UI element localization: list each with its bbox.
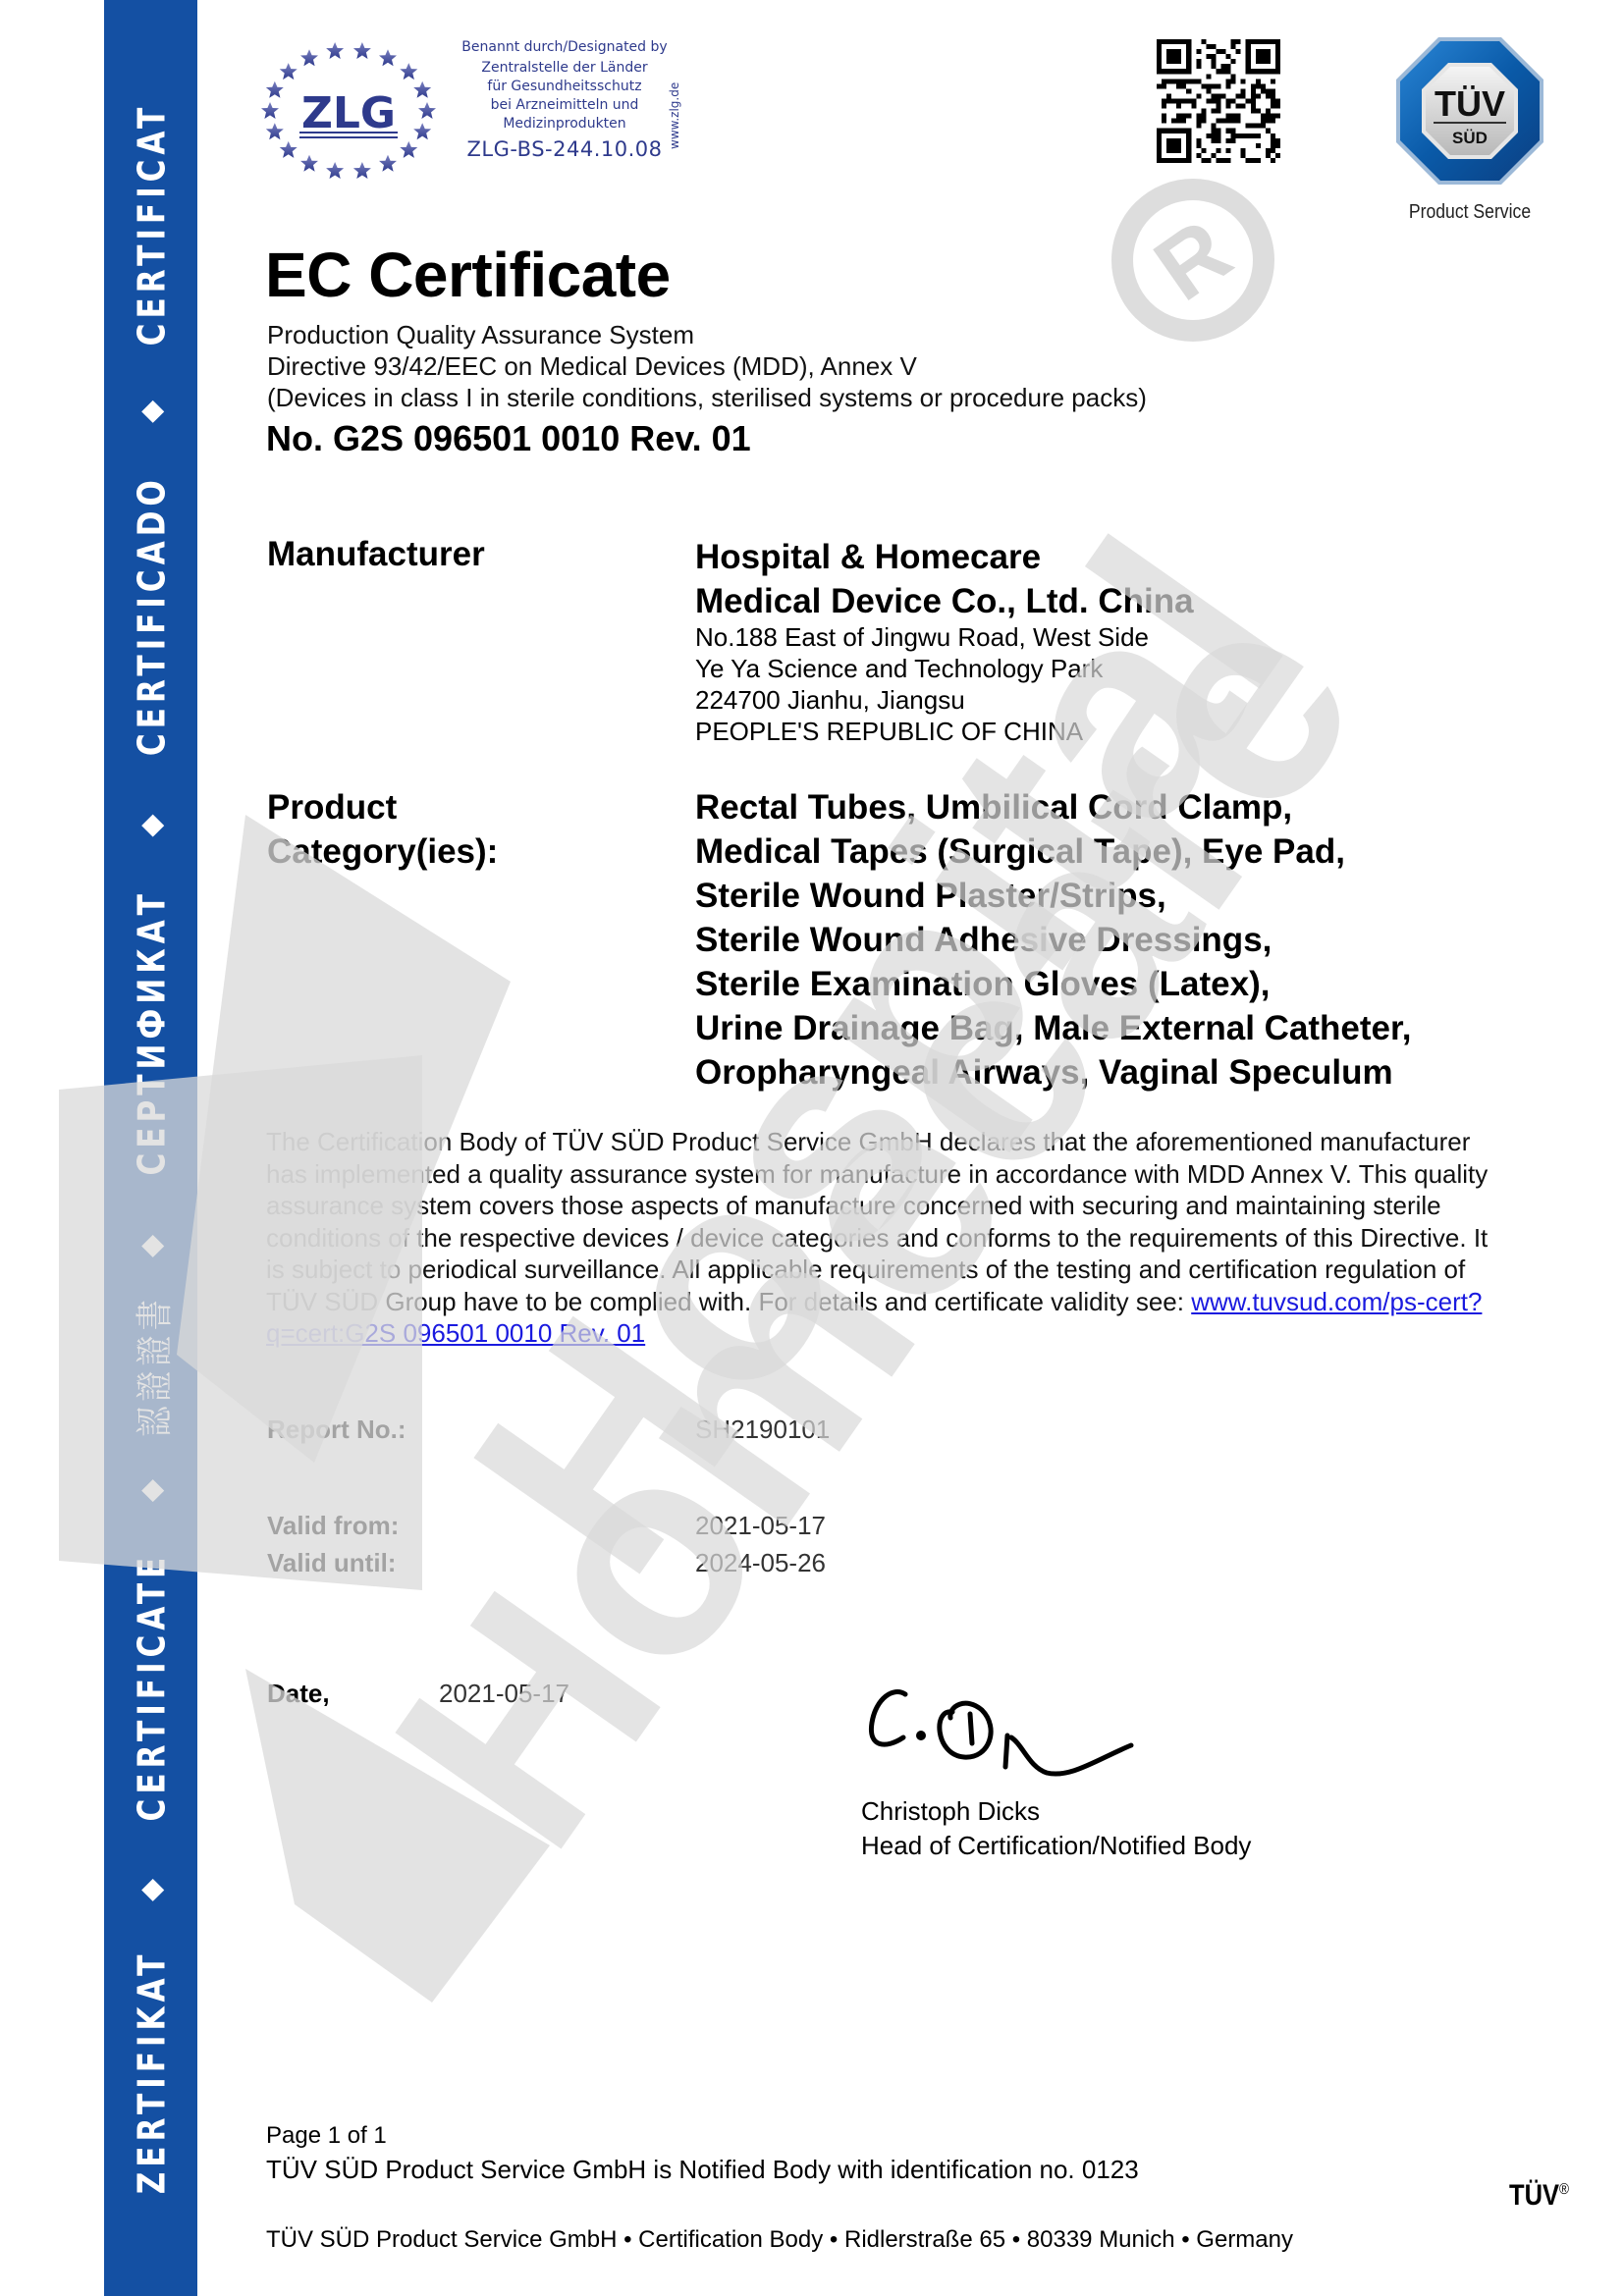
page-title: EC Certificate (265, 239, 671, 311)
subtitle-line: (Devices in class I in sterile condition… (267, 383, 1147, 413)
zlg-body-line: für Gesundheitsschutz (437, 78, 692, 96)
product-label-line: Category(ies): (267, 829, 498, 874)
product-category-list: Rectal Tubes, Umbilical Cord Clamp, Medi… (695, 785, 1411, 1095)
tuv-sud-logo: TÜV SÜD (1394, 35, 1545, 187)
declaration-paragraph: The Certification Body of TÜV SÜD Produc… (266, 1126, 1513, 1350)
zlg-code: ZLG-BS-244.10.08 (437, 137, 692, 161)
zlg-body-line: bei Arzneimitteln und (437, 96, 692, 115)
valid-until-value: 2024-05-26 (695, 1548, 826, 1578)
side-band-text: ZERTIFIKAT ◆ CERTIFICATE ◆ 認證證書 ◆ СЕРТИФ… (104, 0, 197, 2296)
product-line: Sterile Examination Gloves (Latex), (695, 962, 1411, 1006)
date-value: 2021-05-17 (439, 1679, 569, 1709)
tuv-product-service-caption: Product Service (1386, 201, 1554, 224)
valid-until-label: Valid until: (267, 1548, 396, 1578)
signatory-title: Head of Certification/Notified Body (861, 1829, 1251, 1863)
band-word-chinese: 認證證書 (124, 1294, 178, 1435)
band-word-zertifikat: ZERTIFIKAT (130, 1949, 173, 2194)
valid-from-value: 2021-05-17 (695, 1511, 826, 1541)
product-line: Sterile Wound Plaster/Strips, (695, 874, 1411, 918)
product-line: Urine Drainage Bag, Male External Cathet… (695, 1006, 1411, 1050)
address-line: No.188 East of Jingwu Road, West Side (695, 621, 1149, 653)
signature-icon (864, 1679, 1149, 1777)
zlg-designated-by: Benannt durch/Designated by (437, 39, 692, 55)
product-line: Medical Tapes (Surgical Tape), Eye Pad, (695, 829, 1411, 874)
tuv-mark-text: TÜV (1509, 2179, 1559, 2212)
diamond-icon: ◆ (134, 1228, 168, 1256)
registered-mark-icon: ® (1559, 2181, 1569, 2198)
manufacturer-address: No.188 East of Jingwu Road, West Side Ye… (695, 621, 1149, 747)
date-label: Date, (267, 1679, 330, 1709)
zlg-logo: ZLG (260, 37, 437, 185)
side-band: ZERTIFIKAT ◆ CERTIFICATE ◆ 認證證書 ◆ СЕРТИФ… (104, 0, 197, 2296)
band-word-certificat: CERTIFICAT (130, 103, 173, 346)
signatory-name: Christoph Dicks (861, 1794, 1251, 1829)
band-word-certificate: CERTIFICATE (130, 1553, 173, 1822)
diamond-icon: ◆ (134, 1872, 168, 1900)
svg-text:R: R (1138, 200, 1249, 320)
product-line: Sterile Wound Adhesive Dressings, (695, 918, 1411, 962)
subtitle-line: Directive 93/42/EEC on Medical Devices (… (267, 351, 917, 382)
manufacturer-name-line: Hospital & Homecare (695, 535, 1194, 579)
zlg-body-line: Zentralstelle der Länder (437, 59, 692, 78)
product-label-line: Product (267, 785, 498, 829)
diamond-icon: ◆ (134, 394, 168, 422)
manufacturer-name: Hospital & Homecare Medical Device Co., … (695, 535, 1194, 623)
subtitle-line: Production Quality Assurance System (267, 320, 694, 350)
zlg-url: www.zlg.de (668, 82, 681, 149)
svg-text:SÜD: SÜD (1452, 129, 1488, 147)
address-line: Ye Ya Science and Technology Park (695, 653, 1149, 684)
footer-address: TÜV SÜD Product Service GmbH • Certifica… (266, 2226, 1293, 2254)
svg-text:TÜV: TÜV (1435, 83, 1505, 124)
signatory: Christoph Dicks Head of Certification/No… (861, 1794, 1251, 1863)
tuv-mark-footer: TÜV® (1509, 2179, 1569, 2213)
report-number-value: SH2190101 (695, 1415, 830, 1445)
svg-text:ZLG: ZLG (301, 88, 396, 138)
product-line: Rectal Tubes, Umbilical Cord Clamp, (695, 785, 1411, 829)
product-line: Oropharyngeal Airways, Vaginal Speculum (695, 1050, 1411, 1095)
band-word-russian: СЕРТИФИКАТ (130, 889, 173, 1175)
qr-code-icon (1157, 39, 1280, 163)
valid-from-label: Valid from: (267, 1511, 399, 1541)
certificate-number: No. G2S 096501 0010 Rev. 01 (266, 418, 751, 459)
page-indicator: Page 1 of 1 (266, 2122, 387, 2150)
zlg-body-line: Medizinprodukten (437, 115, 692, 133)
manufacturer-name-line: Medical Device Co., Ltd. China (695, 579, 1194, 623)
diamond-icon: ◆ (134, 808, 168, 836)
zlg-designation: Benannt durch/Designated by Zentralstell… (437, 39, 692, 161)
notified-body-note: TÜV SÜD Product Service GmbH is Notified… (266, 2155, 1139, 2185)
report-number-label: Report No.: (267, 1415, 406, 1445)
address-line: 224700 Jianhu, Jiangsu (695, 684, 1149, 716)
address-line: PEOPLE'S REPUBLIC OF CHINA (695, 716, 1149, 747)
diamond-icon: ◆ (134, 1473, 168, 1502)
product-category-label: Product Category(ies): (267, 785, 498, 874)
manufacturer-label: Manufacturer (267, 535, 485, 574)
band-word-certificado: CERTIFICADO (130, 475, 173, 756)
